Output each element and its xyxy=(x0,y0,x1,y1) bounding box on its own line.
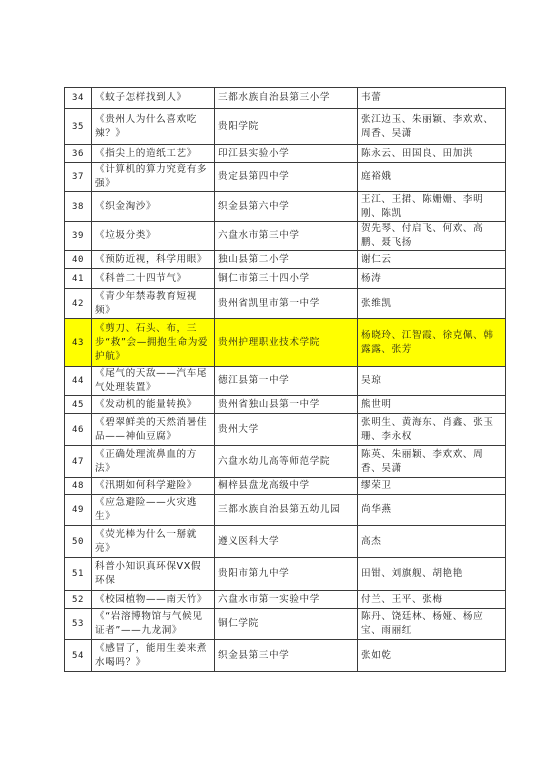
table-row: 50《荧光棒为什么一掰就亮》遵义医科大学高杰 xyxy=(65,526,506,558)
table-row: 45《发动机的能量转换》贵州省独山县第一中学熊世明 xyxy=(65,396,506,414)
row-number-cell: 37 xyxy=(65,163,92,192)
row-number-cell: 51 xyxy=(65,558,92,591)
table-row-highlighted: 43《剪刀、石头、布，三步“救”会—拥抱生命为爱护航》贵州护理职业技术学院杨晓玲… xyxy=(65,319,506,367)
row-number-cell: 43 xyxy=(65,319,92,367)
institution-cell: 三都水族自治县第五幼儿园 xyxy=(215,495,358,526)
table-row: 40《预防近视，科学用眼》独山县第二小学谢仁云 xyxy=(65,251,506,269)
work-title-cell: 《“岩溶博物馆与气候见证者”——九龙洞》 xyxy=(92,609,215,640)
work-title-cell: 《应急避险——火灾逃生》 xyxy=(92,495,215,526)
table-row: 39《垃圾分类》六盘水市第三中学贺先琴、付启飞、何欢、高鹏、聂飞扬 xyxy=(65,222,506,251)
work-title-cell: 《贵州人为什么喜欢吃辣？》 xyxy=(92,109,215,145)
row-number-cell: 44 xyxy=(65,367,92,396)
row-number-cell: 48 xyxy=(65,478,92,495)
table-row: 41《科普二十四节气》铜仁市第三十四小学杨涛 xyxy=(65,269,506,289)
authors-cell: 缪荣卫 xyxy=(358,478,506,495)
institution-cell: 贵州省凯里市第一中学 xyxy=(215,289,358,319)
institution-cell: 印江县实验小学 xyxy=(215,145,358,163)
row-number-cell: 54 xyxy=(65,640,92,672)
work-title-cell: 《计算机的算力究竟有多强》 xyxy=(92,163,215,192)
work-title-cell: 《科普二十四节气》 xyxy=(92,269,215,289)
table-row: 46《碧翠鲜美的天然消暑佳品——神仙豆腐》贵州大学张明生、黄海东、肖鑫、张玉珊、… xyxy=(65,414,506,446)
authors-cell: 吴琼 xyxy=(358,367,506,396)
work-title-cell: 《预防近视，科学用眼》 xyxy=(92,251,215,269)
row-number-cell: 39 xyxy=(65,222,92,251)
row-number-cell: 49 xyxy=(65,495,92,526)
work-title-cell: 《感冒了，能用生姜来煮水喝吗？》 xyxy=(92,640,215,672)
work-title-cell: 《垃圾分类》 xyxy=(92,222,215,251)
row-number-cell: 50 xyxy=(65,526,92,558)
work-title-cell: 《青少年禁毒教育短视频》 xyxy=(92,289,215,319)
table-row: 47《正确处理流鼻血的方法》六盘水幼儿高等师范学院陈英、朱丽颖、李欢欢、周香、吴… xyxy=(65,446,506,478)
work-title-cell: 科普小知识真环保VX假环保 xyxy=(92,558,215,591)
institution-cell: 三都水族自治县第三小学 xyxy=(215,88,358,109)
authors-cell: 贺先琴、付启飞、何欢、高鹏、聂飞扬 xyxy=(358,222,506,251)
table-row: 49《应急避险——火灾逃生》三都水族自治县第五幼儿园尚华燕 xyxy=(65,495,506,526)
institution-cell: 六盘水市第一实验中学 xyxy=(215,591,358,609)
authors-cell: 陈永云、田国良、田加洪 xyxy=(358,145,506,163)
work-title-cell: 《发动机的能量转换》 xyxy=(92,396,215,414)
institution-cell: 贵州大学 xyxy=(215,414,358,446)
table-row: 54《感冒了，能用生姜来煮水喝吗？》织金县第三中学张如乾 xyxy=(65,640,506,672)
work-title-cell: 《蚊子怎样找到人》 xyxy=(92,88,215,109)
work-title-cell: 《织金淘沙》 xyxy=(92,192,215,222)
row-number-cell: 42 xyxy=(65,289,92,319)
table-body: 34《蚊子怎样找到人》三都水族自治县第三小学韦蕾35《贵州人为什么喜欢吃辣？》贵… xyxy=(65,88,506,672)
row-number-cell: 41 xyxy=(65,269,92,289)
work-title-cell: 《尾气的天敌——汽车尾气处理装置》 xyxy=(92,367,215,396)
authors-cell: 陈英、朱丽颖、李欢欢、周香、吴潇 xyxy=(358,446,506,478)
work-title-cell: 《剪刀、石头、布，三步“救”会—拥抱生命为爱护航》 xyxy=(92,319,215,367)
table-row: 44《尾气的天敌——汽车尾气处理装置》德江县第一中学吴琼 xyxy=(65,367,506,396)
authors-cell: 张维凯 xyxy=(358,289,506,319)
table-row: 48《汛期如何科学避险》桐梓县盘龙高级中学缪荣卫 xyxy=(65,478,506,495)
authors-cell: 熊世明 xyxy=(358,396,506,414)
institution-cell: 织金县第六中学 xyxy=(215,192,358,222)
institution-cell: 贵阳学院 xyxy=(215,109,358,145)
institution-cell: 贵阳市第九中学 xyxy=(215,558,358,591)
work-title-cell: 《汛期如何科学避险》 xyxy=(92,478,215,495)
row-number-cell: 40 xyxy=(65,251,92,269)
institution-cell: 遵义医科大学 xyxy=(215,526,358,558)
row-number-cell: 47 xyxy=(65,446,92,478)
authors-cell: 杨晓玲、江智霞、徐克佩、韩露露、张芳 xyxy=(358,319,506,367)
institution-cell: 独山县第二小学 xyxy=(215,251,358,269)
row-number-cell: 35 xyxy=(65,109,92,145)
institution-cell: 铜仁市第三十四小学 xyxy=(215,269,358,289)
row-number-cell: 46 xyxy=(65,414,92,446)
row-number-cell: 53 xyxy=(65,609,92,640)
institution-cell: 德江县第一中学 xyxy=(215,367,358,396)
institution-cell: 六盘水市第三中学 xyxy=(215,222,358,251)
work-title-cell: 《荧光棒为什么一掰就亮》 xyxy=(92,526,215,558)
results-table: 34《蚊子怎样找到人》三都水族自治县第三小学韦蕾35《贵州人为什么喜欢吃辣？》贵… xyxy=(64,87,506,672)
institution-cell: 铜仁学院 xyxy=(215,609,358,640)
authors-cell: 张明生、黄海东、肖鑫、张玉珊、李永权 xyxy=(358,414,506,446)
authors-cell: 高杰 xyxy=(358,526,506,558)
authors-cell: 付兰、王平、张梅 xyxy=(358,591,506,609)
work-title-cell: 《正确处理流鼻血的方法》 xyxy=(92,446,215,478)
institution-cell: 桐梓县盘龙高级中学 xyxy=(215,478,358,495)
institution-cell: 织金县第三中学 xyxy=(215,640,358,672)
work-title-cell: 《指尖上的造纸工艺》 xyxy=(92,145,215,163)
table-row: 42《青少年禁毒教育短视频》贵州省凯里市第一中学张维凯 xyxy=(65,289,506,319)
authors-cell: 王江、王捃、陈姗姗、李明刚、陈凯 xyxy=(358,192,506,222)
authors-cell: 张江边玉、朱丽颖、李欢欢、周香、吴潇 xyxy=(358,109,506,145)
authors-cell: 谢仁云 xyxy=(358,251,506,269)
row-number-cell: 38 xyxy=(65,192,92,222)
institution-cell: 贵定县第四中学 xyxy=(215,163,358,192)
row-number-cell: 45 xyxy=(65,396,92,414)
work-title-cell: 《碧翠鲜美的天然消暑佳品——神仙豆腐》 xyxy=(92,414,215,446)
row-number-cell: 36 xyxy=(65,145,92,163)
row-number-cell: 52 xyxy=(65,591,92,609)
authors-cell: 韦蕾 xyxy=(358,88,506,109)
row-number-cell: 34 xyxy=(65,88,92,109)
institution-cell: 六盘水幼儿高等师范学院 xyxy=(215,446,358,478)
authors-cell: 杨涛 xyxy=(358,269,506,289)
authors-cell: 庭裕娥 xyxy=(358,163,506,192)
document-page: 34《蚊子怎样找到人》三都水族自治县第三小学韦蕾35《贵州人为什么喜欢吃辣？》贵… xyxy=(0,0,554,784)
table-row: 53《“岩溶博物馆与气候见证者”——九龙洞》铜仁学院陈丹、饶廷林、杨娅、杨应宝、… xyxy=(65,609,506,640)
table-row: 38《织金淘沙》织金县第六中学王江、王捃、陈姗姗、李明刚、陈凯 xyxy=(65,192,506,222)
authors-cell: 张如乾 xyxy=(358,640,506,672)
work-title-cell: 《校园植物——南天竹》 xyxy=(92,591,215,609)
table-row: 51科普小知识真环保VX假环保贵阳市第九中学田钳、刘旗舰、胡艳艳 xyxy=(65,558,506,591)
institution-cell: 贵州护理职业技术学院 xyxy=(215,319,358,367)
table-row: 52《校园植物——南天竹》六盘水市第一实验中学付兰、王平、张梅 xyxy=(65,591,506,609)
authors-cell: 陈丹、饶廷林、杨娅、杨应宝、雨丽红 xyxy=(358,609,506,640)
table-row: 37《计算机的算力究竟有多强》贵定县第四中学庭裕娥 xyxy=(65,163,506,192)
table-row: 36《指尖上的造纸工艺》印江县实验小学陈永云、田国良、田加洪 xyxy=(65,145,506,163)
table-row: 34《蚊子怎样找到人》三都水族自治县第三小学韦蕾 xyxy=(65,88,506,109)
authors-cell: 田钳、刘旗舰、胡艳艳 xyxy=(358,558,506,591)
authors-cell: 尚华燕 xyxy=(358,495,506,526)
table-row: 35《贵州人为什么喜欢吃辣？》贵阳学院张江边玉、朱丽颖、李欢欢、周香、吴潇 xyxy=(65,109,506,145)
institution-cell: 贵州省独山县第一中学 xyxy=(215,396,358,414)
